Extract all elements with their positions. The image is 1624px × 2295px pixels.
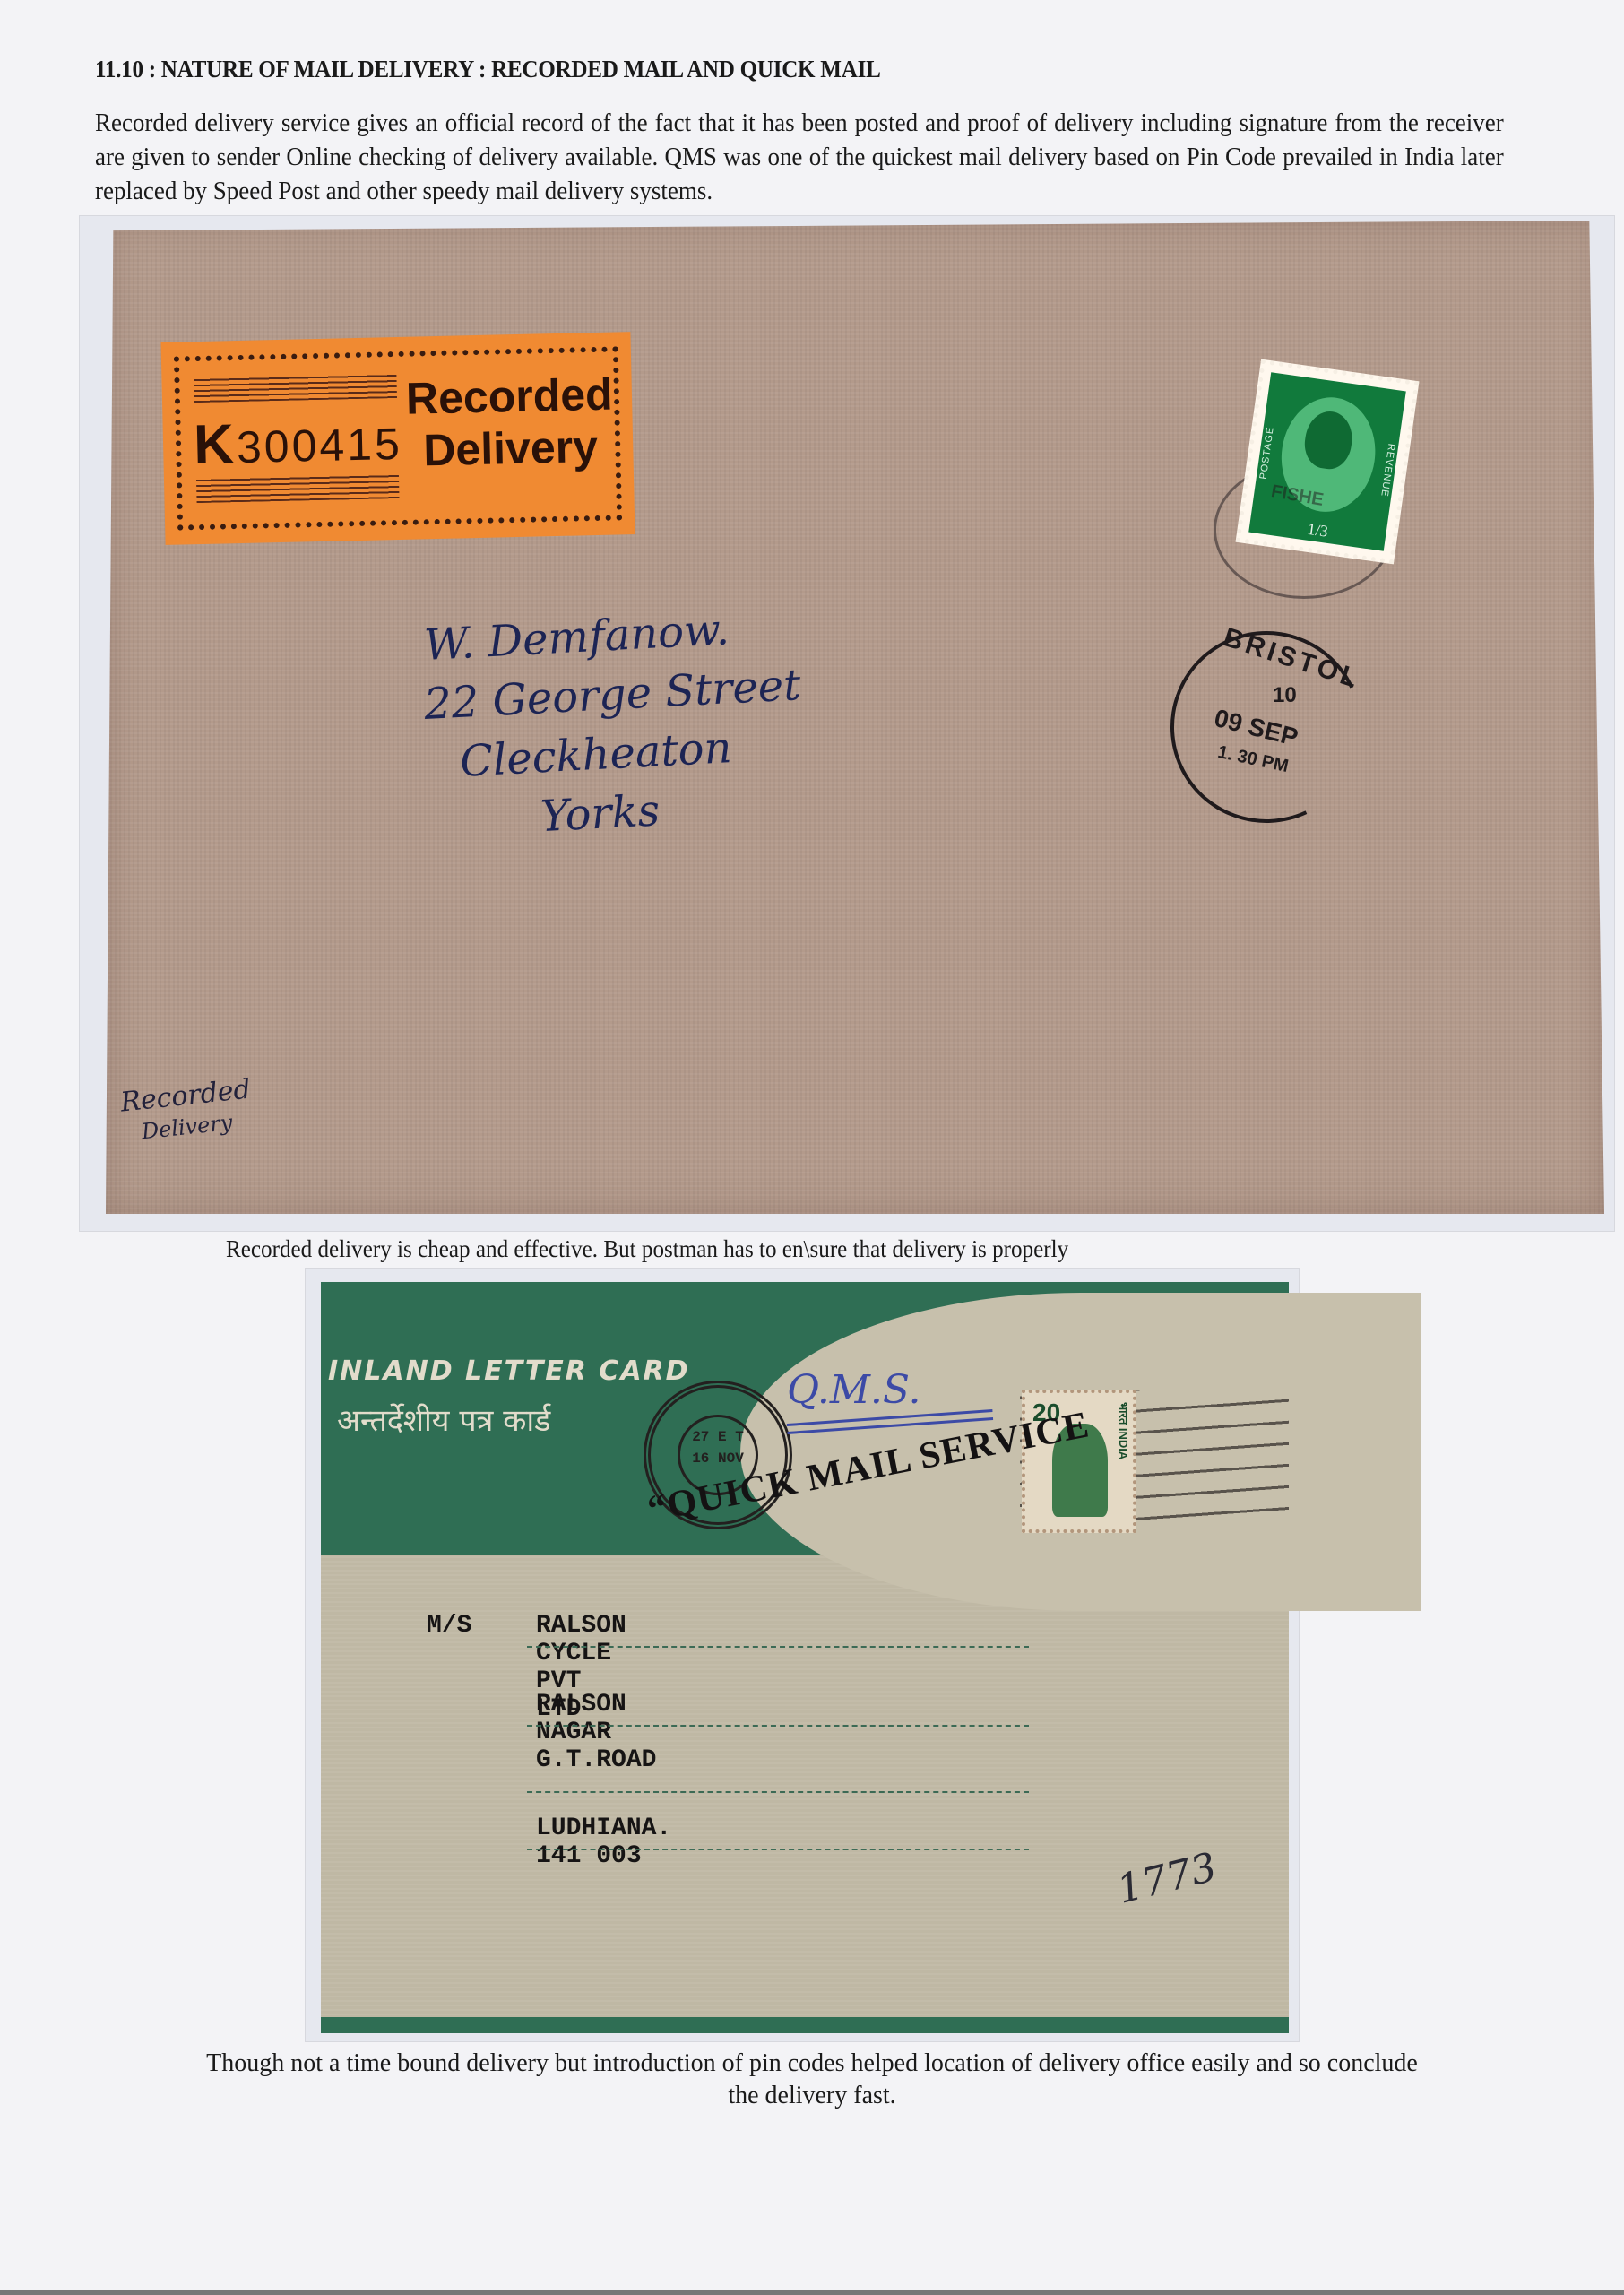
label-title: Recorded Delivery bbox=[405, 368, 614, 477]
handwritten-qms: Q.M.S. bbox=[787, 1367, 920, 1413]
postmark-office: 10 bbox=[1273, 683, 1297, 708]
stamp-country: भारत INDIA bbox=[1115, 1402, 1131, 1459]
pencil-number: 1773 bbox=[1112, 1844, 1221, 1913]
address-line: RALSON NAGAR G.T.ROAD bbox=[536, 1691, 656, 1774]
recorded-delivery-label: K300415 Recorded Delivery bbox=[161, 332, 635, 545]
label-line2: Delivery bbox=[407, 420, 615, 477]
label-number: K300415 bbox=[193, 409, 402, 477]
page-heading: 11.10 : NATURE OF MAIL DELIVERY : RECORD… bbox=[95, 56, 881, 83]
label-prefix: K bbox=[193, 413, 237, 476]
card-title-hindi: अन्तर्देशीय पत्र कार्ड bbox=[337, 1399, 550, 1440]
stamp-revenue-text: REVENUE bbox=[1378, 443, 1396, 498]
stamp-value: 1/3 bbox=[1248, 512, 1386, 550]
page-bottom-edge bbox=[0, 2290, 1624, 2295]
label-serial: 300415 bbox=[236, 419, 402, 472]
recipient-address: W. Demfanow. 22 George Street Cleckheato… bbox=[424, 606, 801, 843]
card-bottom-band bbox=[321, 2017, 1289, 2033]
card-title: INLAND LETTER CARD bbox=[328, 1355, 690, 1387]
handwritten-recorded-delivery: Recorded Delivery bbox=[119, 1075, 255, 1149]
uk-wilding-stamp: POSTAGE REVENUE 1/3 bbox=[1236, 359, 1420, 565]
dotted-line bbox=[527, 1725, 1029, 1727]
intro-paragraph: Recorded delivery service gives an offic… bbox=[95, 106, 1504, 208]
recorded-delivery-cover: K300415 Recorded Delivery POSTAGE REVENU… bbox=[106, 221, 1604, 1214]
footer-caption: Though not a time bound delivery but int… bbox=[190, 2048, 1434, 2112]
dotted-line bbox=[527, 1646, 1029, 1648]
stamp-postage-text: POSTAGE bbox=[1258, 426, 1276, 480]
address-line: LUDHIANA. 141 003 bbox=[536, 1814, 671, 1870]
recorded-caption: Recorded delivery is cheap and effective… bbox=[226, 1235, 1068, 1263]
label-bars bbox=[194, 373, 397, 403]
dotted-line bbox=[527, 1791, 1029, 1793]
cds-line: 16 NOV bbox=[680, 1448, 756, 1469]
cds-line: 27 E T bbox=[680, 1426, 756, 1448]
stamp-frame: POSTAGE REVENUE 1/3 bbox=[1248, 372, 1406, 550]
label-line1: Recorded bbox=[405, 368, 613, 425]
address-prefix: M/S bbox=[427, 1612, 471, 1640]
inland-letter-card: INLAND LETTER CARD अन्तर्देशीय पत्र कार्… bbox=[321, 1282, 1289, 2033]
label-bars bbox=[196, 473, 400, 503]
dotted-line bbox=[527, 1849, 1029, 1850]
